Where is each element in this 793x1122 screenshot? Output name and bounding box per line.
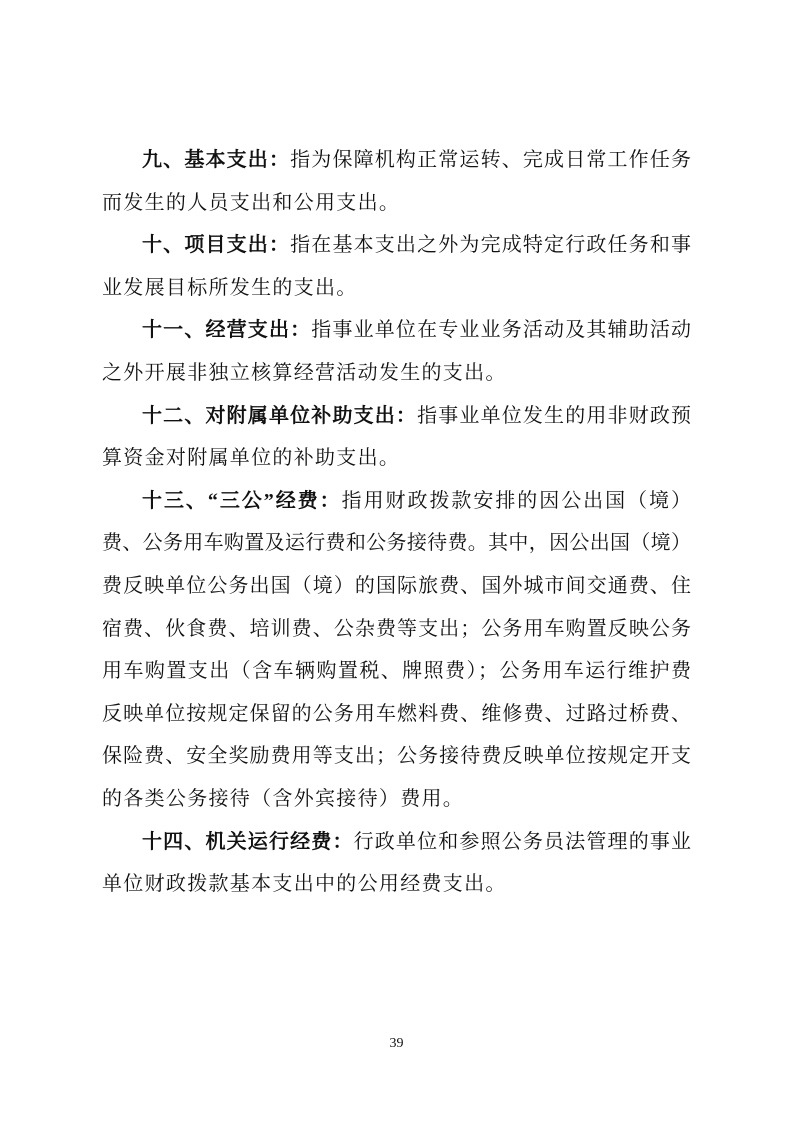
paragraph-operating-expenditure: 十一、经营支出：指事业单位在专业业务活动及其辅助活动 之外开展非独立核算经营活动… bbox=[102, 309, 691, 394]
text-line: 十一、经营支出：指事业单位在专业业务活动及其辅助活动 bbox=[102, 309, 691, 352]
text-line: 十三、“三公”经费：指用财政拨款安排的因公出国（境） bbox=[102, 480, 691, 523]
text-line: 反映单位按规定保留的公务用车燃料费、维修费、过路过桥费、 bbox=[102, 693, 691, 736]
text-line: 业发展目标所发生的支出。 bbox=[102, 267, 691, 310]
text-line: 算资金对附属单位的补助支出。 bbox=[102, 437, 691, 480]
paragraph-three-public-funds: 十三、“三公”经费：指用财政拨款安排的因公出国（境） 费、公务用车购置及运行费和… bbox=[102, 480, 691, 821]
text-line: 而发生的人员支出和公用支出。 bbox=[102, 182, 691, 225]
text-line: 保险费、安全奖励费用等支出；公务接待费反映单位按规定开支 bbox=[102, 735, 691, 778]
page-number: 39 bbox=[0, 1034, 793, 1054]
paragraph-text: 指为保障机构正常运转、完成日常工作任务 bbox=[290, 149, 691, 171]
paragraph-text: 指用财政拨款安排的因公出国（境） bbox=[342, 490, 691, 512]
document-body: 九、基本支出：指为保障机构正常运转、完成日常工作任务 而发生的人员支出和公用支出… bbox=[102, 139, 691, 906]
paragraph-text: 指事业单位发生的用非财政预 bbox=[417, 405, 691, 427]
text-line: 的各类公务接待（含外宾接待）费用。 bbox=[102, 778, 691, 821]
paragraph-basic-expenditure: 九、基本支出：指为保障机构正常运转、完成日常工作任务 而发生的人员支出和公用支出… bbox=[102, 139, 691, 224]
text-line: 单位财政拨款基本支出中的公用经费支出。 bbox=[102, 863, 691, 906]
paragraph-text: 指在基本支出之外为完成特定行政任务和事 bbox=[290, 234, 691, 256]
paragraph-text: 指事业单位在专业业务活动及其辅助活动 bbox=[311, 319, 691, 341]
text-line: 用车购置支出（含车辆购置税、牌照费）；公务用车运行维护费 bbox=[102, 650, 691, 693]
paragraph-term: 十一、经营支出： bbox=[142, 319, 311, 341]
text-line: 之外开展非独立核算经营活动发生的支出。 bbox=[102, 352, 691, 395]
text-line: 十四、机关运行经费：行政单位和参照公务员法管理的事业 bbox=[102, 821, 691, 864]
text-line: 费、公务用车购置及运行费和公务接待费。其中，因公出国（境） bbox=[102, 522, 691, 565]
paragraph-term: 十二、对附属单位补助支出： bbox=[142, 405, 417, 427]
document-page: 九、基本支出：指为保障机构正常运转、完成日常工作任务 而发生的人员支出和公用支出… bbox=[0, 0, 793, 1122]
paragraph-term: 十三、“三公”经费： bbox=[142, 490, 342, 512]
paragraph-term: 九、基本支出： bbox=[142, 149, 290, 171]
text-line: 十二、对附属单位补助支出：指事业单位发生的用非财政预 bbox=[102, 395, 691, 438]
text-line: 九、基本支出：指为保障机构正常运转、完成日常工作任务 bbox=[102, 139, 691, 182]
paragraph-text: 行政单位和参照公务员法管理的事业 bbox=[354, 831, 691, 853]
paragraph-term: 十四、机关运行经费： bbox=[142, 831, 354, 853]
text-line: 宿费、伙食费、培训费、公杂费等支出；公务用车购置反映公务 bbox=[102, 608, 691, 651]
paragraph-agency-operating-funds: 十四、机关运行经费：行政单位和参照公务员法管理的事业 单位财政拨款基本支出中的公… bbox=[102, 821, 691, 906]
paragraph-project-expenditure: 十、项目支出：指在基本支出之外为完成特定行政任务和事 业发展目标所发生的支出。 bbox=[102, 224, 691, 309]
text-line: 费反映单位公务出国（境）的国际旅费、国外城市间交通费、住 bbox=[102, 565, 691, 608]
paragraph-subsidy-expenditure: 十二、对附属单位补助支出：指事业单位发生的用非财政预 算资金对附属单位的补助支出… bbox=[102, 395, 691, 480]
paragraph-term: 十、项目支出： bbox=[142, 234, 290, 256]
text-line: 十、项目支出：指在基本支出之外为完成特定行政任务和事 bbox=[102, 224, 691, 267]
